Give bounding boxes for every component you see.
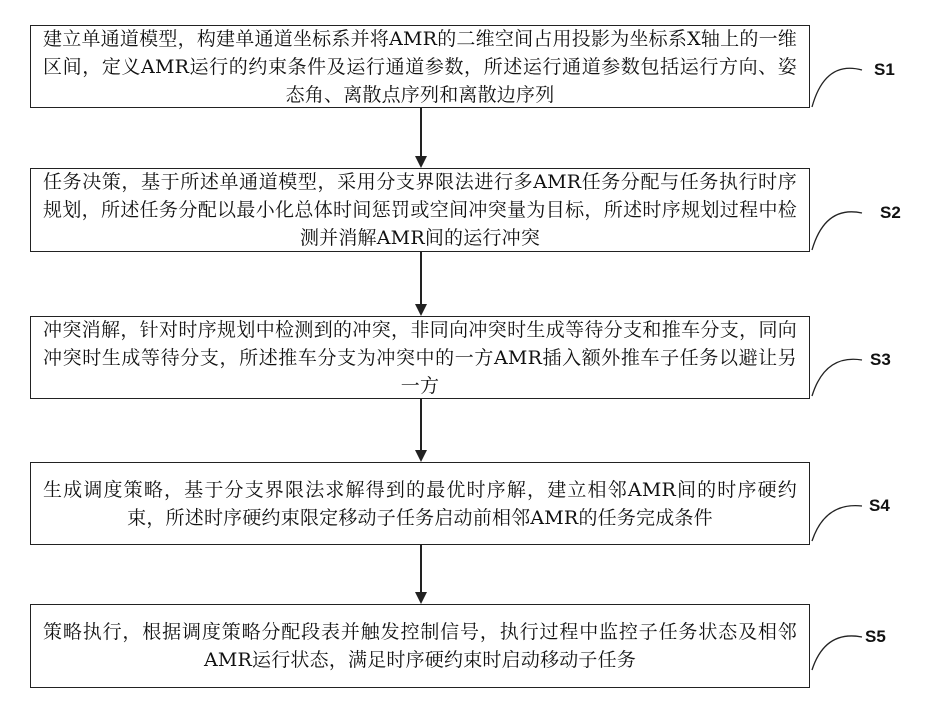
step-label-s5: S5 [865,627,886,647]
step-text-s1: 建立单通道模型，构建单通道坐标系并将AMR的二维空间占用投影为坐标系X轴上的一维… [43,25,797,109]
step-box-s5: 策略执行，根据调度策略分配段表并触发控制信号，执行过程中监控子任务状态及相邻AM… [30,604,810,688]
arrow-down-icon [415,156,427,168]
connector-s2-s3 [420,252,422,304]
leader-curve-s1 [812,68,862,107]
arrow-down-icon [415,592,427,604]
step-box-s4: 生成调度策略，基于分支界限法求解得到的最优时序解，建立相邻AMR间的时序硬约束，… [30,462,810,545]
leader-curve-s5 [812,636,862,670]
step-text-s3: 冲突消解，针对时序规划中检测到的冲突，非同向冲突时生成等待分支和推车分支，同向冲… [43,316,797,400]
leader-curve-s4 [812,506,862,541]
connector-s4-s5 [420,545,422,592]
arrow-down-icon [415,450,427,462]
step-box-s1: 建立单通道模型，构建单通道坐标系并将AMR的二维空间占用投影为坐标系X轴上的一维… [30,25,810,108]
step-label-s1: S1 [874,60,895,80]
connector-s3-s4 [420,399,422,450]
leader-curve-s2 [812,212,862,250]
step-text-s5: 策略执行，根据调度策略分配段表并触发控制信号，执行过程中监控子任务状态及相邻AM… [43,618,797,674]
step-label-s2: S2 [880,203,901,223]
step-label-s4: S4 [869,496,890,516]
connector-s1-s2 [420,108,422,156]
step-text-s2: 任务决策，基于所述单通道模型，采用分支界限法进行多AMR任务分配与任务执行时序规… [43,168,797,252]
step-box-s3: 冲突消解，针对时序规划中检测到的冲突，非同向冲突时生成等待分支和推车分支，同向冲… [30,316,810,399]
step-text-s4: 生成调度策略，基于分支界限法求解得到的最优时序解，建立相邻AMR间的时序硬约束，… [43,476,797,532]
arrow-down-icon [415,304,427,316]
leader-curve-s3 [812,359,862,396]
step-label-s3: S3 [870,350,891,370]
step-box-s2: 任务决策，基于所述单通道模型，采用分支界限法进行多AMR任务分配与任务执行时序规… [30,168,810,252]
